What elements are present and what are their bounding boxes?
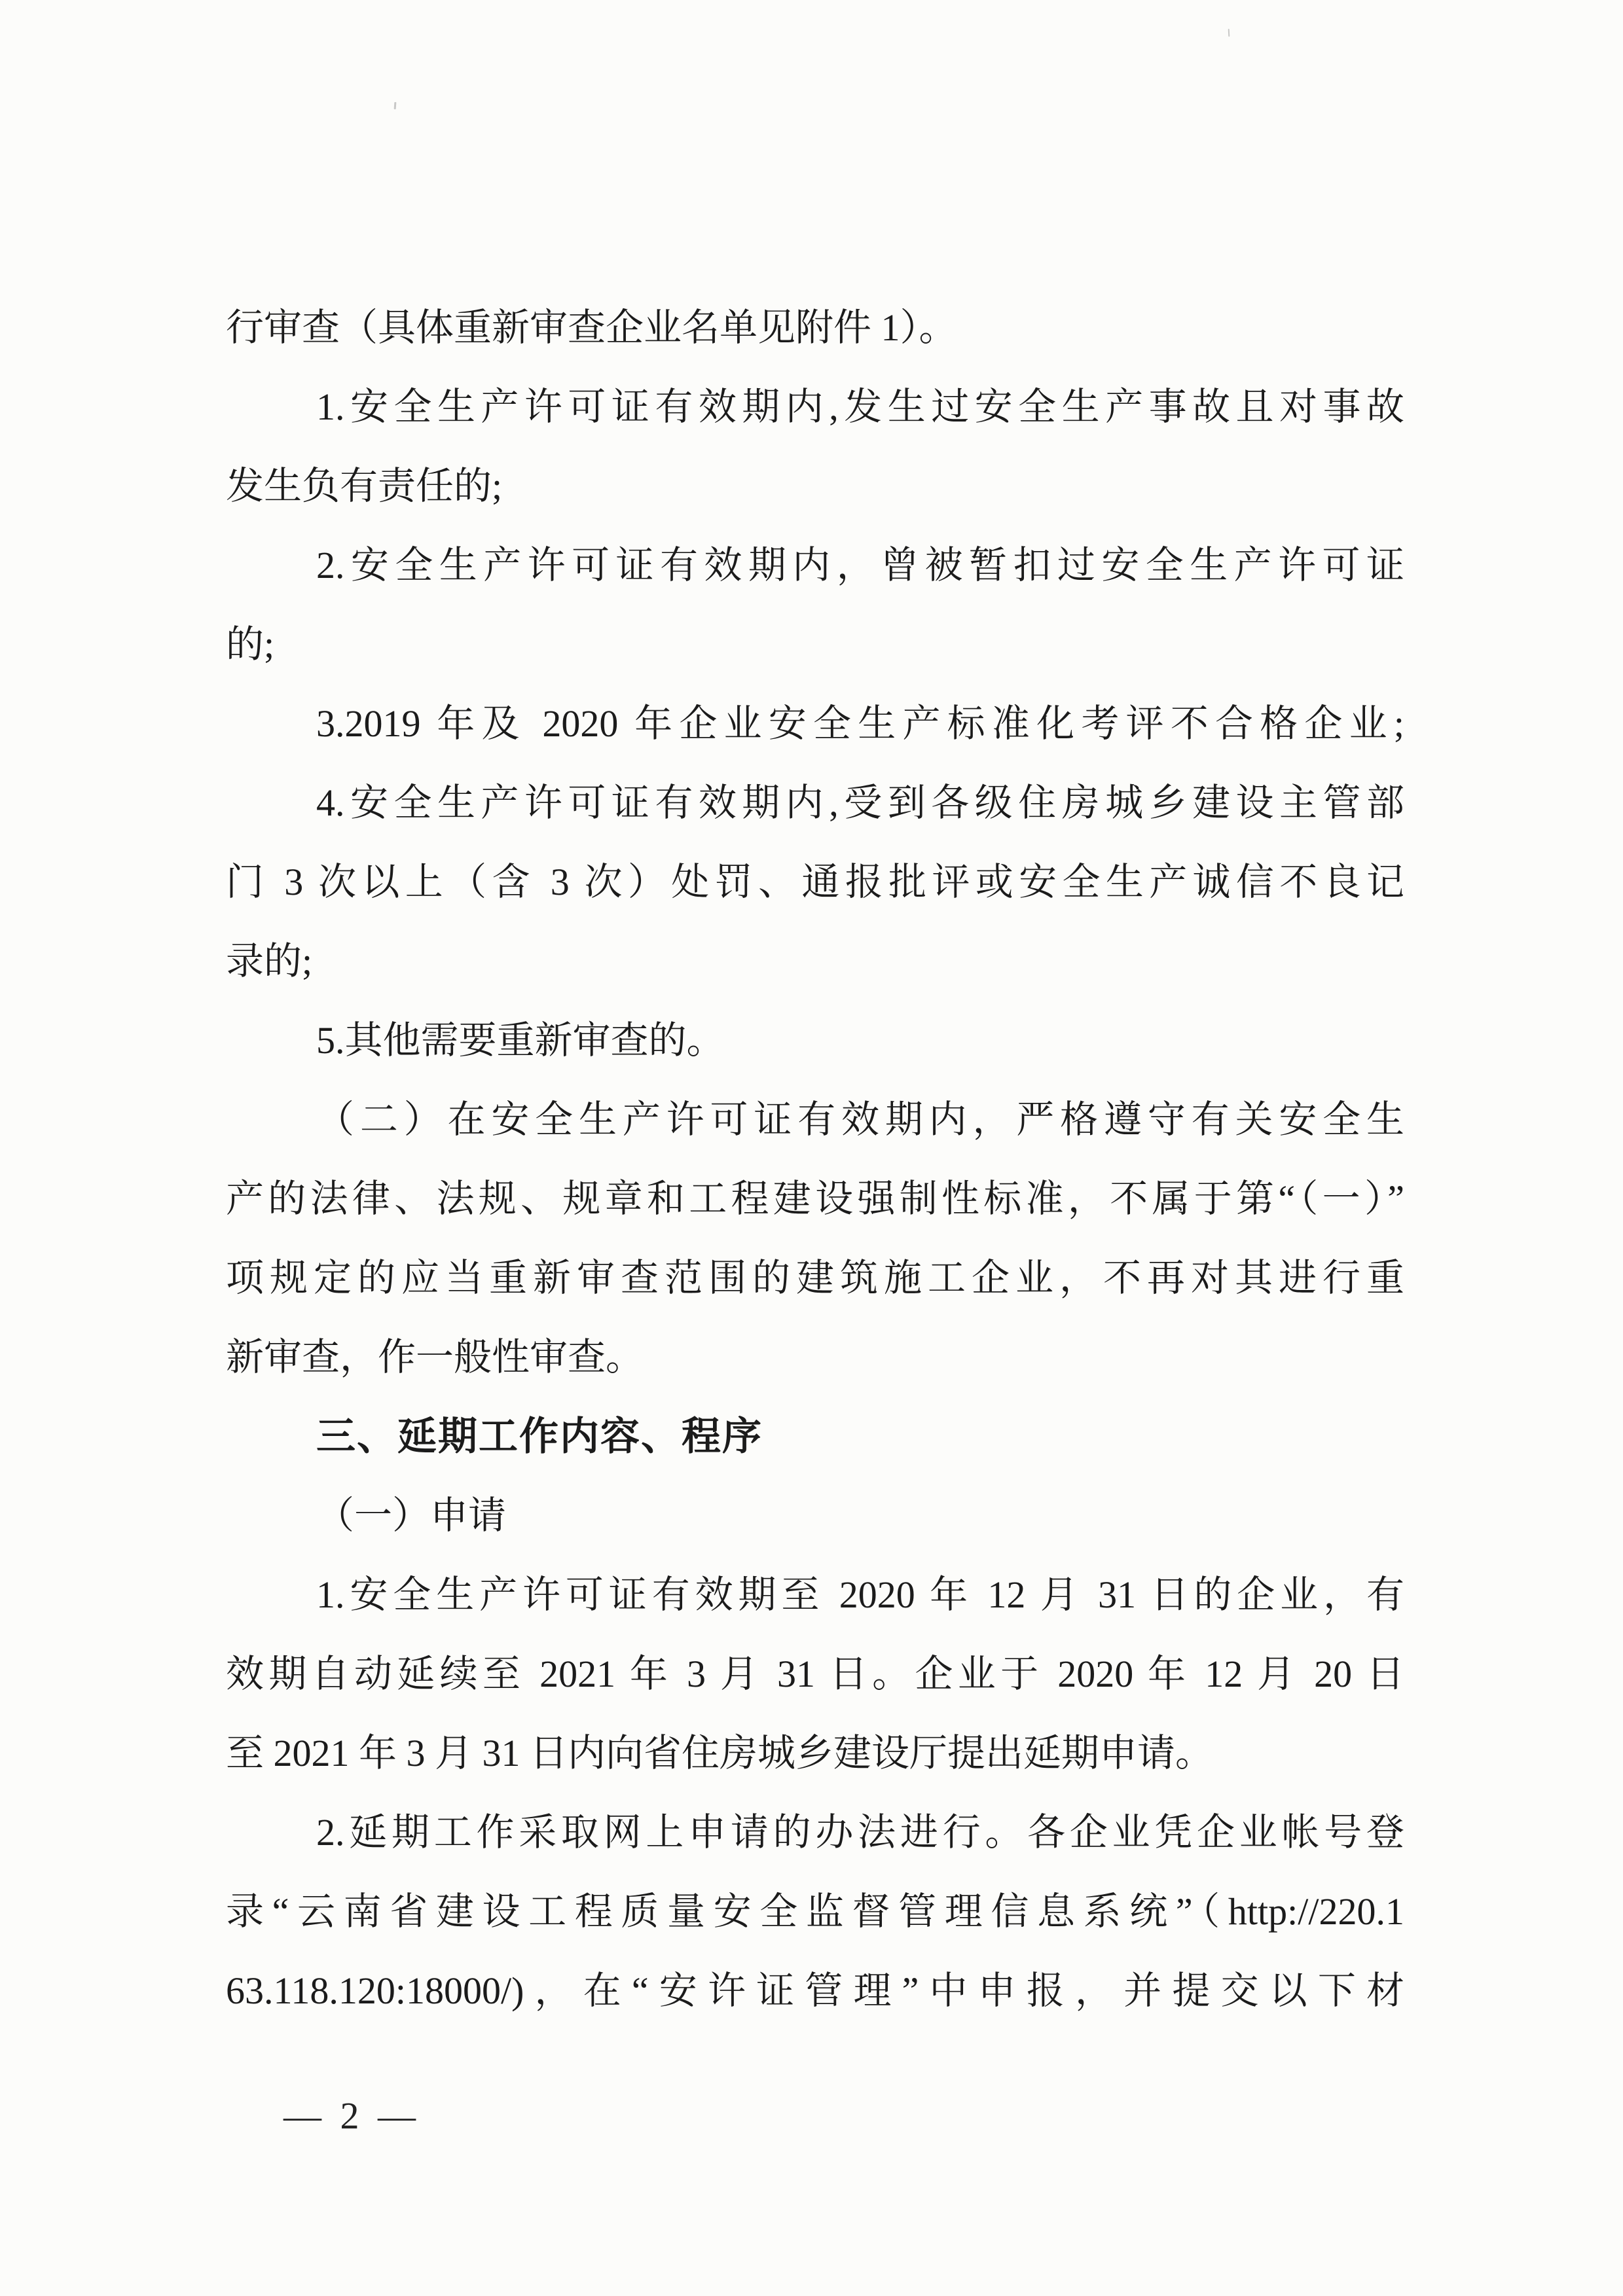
section-heading: 三、延期工作内容、程序 bbox=[226, 1397, 1404, 1476]
page-number: — 2 — bbox=[283, 2096, 416, 2136]
body-line: 门 3 次以上（含 3 次）处罚、通报批评或安全生产诚信不良记 bbox=[226, 842, 1404, 922]
scan-artifact-dot bbox=[394, 102, 397, 109]
body-line: 发生负有责任的; bbox=[226, 446, 1404, 526]
body-line: 新审查，作一般性审查。 bbox=[226, 1318, 1404, 1397]
body-line: 录“云南省建设工程质量安全监督管理信息系统”（http://220.1 bbox=[226, 1872, 1404, 1951]
sub-heading: （一）申请 bbox=[226, 1476, 1404, 1555]
body-line: 录的; bbox=[226, 922, 1404, 1001]
body-line: 4.安全生产许可证有效期内,受到各级住房城乡建设主管部 bbox=[226, 763, 1404, 842]
body-line: 63.118.120:18000/)，在“安许证管理”中申报，并提交以下材 bbox=[226, 1951, 1404, 2030]
body-line: 效期自动延续至 2021 年 3 月 31 日。企业于 2020 年 12 月 … bbox=[226, 1634, 1404, 1713]
body-line: 至 2021 年 3 月 31 日内向省住房城乡建设厅提出延期申请。 bbox=[226, 1713, 1404, 1793]
body-line: 项规定的应当重新审查范围的建筑施工企业，不再对其进行重 bbox=[226, 1238, 1404, 1318]
document-body: 行审查（具体重新审查企业名单见附件 1）。 1.安全生产许可证有效期内,发生过安… bbox=[226, 288, 1404, 2030]
body-line: 1.安全生产许可证有效期至 2020 年 12 月 31 日的企业，有 bbox=[226, 1555, 1404, 1634]
body-line: 产的法律、法规、规章和工程建设强制性标准，不属于第“（一）” bbox=[226, 1159, 1404, 1238]
body-line: 3.2019 年及 2020 年企业安全生产标准化考评不合格企业; bbox=[226, 684, 1404, 763]
body-line: （二）在安全生产许可证有效期内，严格遵守有关安全生 bbox=[226, 1080, 1404, 1159]
body-line: 2.安全生产许可证有效期内，曾被暂扣过安全生产许可证 bbox=[226, 526, 1404, 605]
body-line: 1.安全生产许可证有效期内,发生过安全生产事故且对事故 bbox=[226, 367, 1404, 446]
body-line: 5.其他需要重新审查的。 bbox=[226, 1001, 1404, 1080]
body-line: 行审查（具体重新审查企业名单见附件 1）。 bbox=[226, 288, 1404, 367]
document-page: 行审查（具体重新审查企业名单见附件 1）。 1.安全生产许可证有效期内,发生过安… bbox=[0, 0, 1623, 2296]
body-line: 的; bbox=[226, 605, 1404, 684]
scan-artifact-dot bbox=[1228, 29, 1230, 37]
body-line: 2.延期工作采取网上申请的办法进行。各企业凭企业帐号登 bbox=[226, 1793, 1404, 1872]
